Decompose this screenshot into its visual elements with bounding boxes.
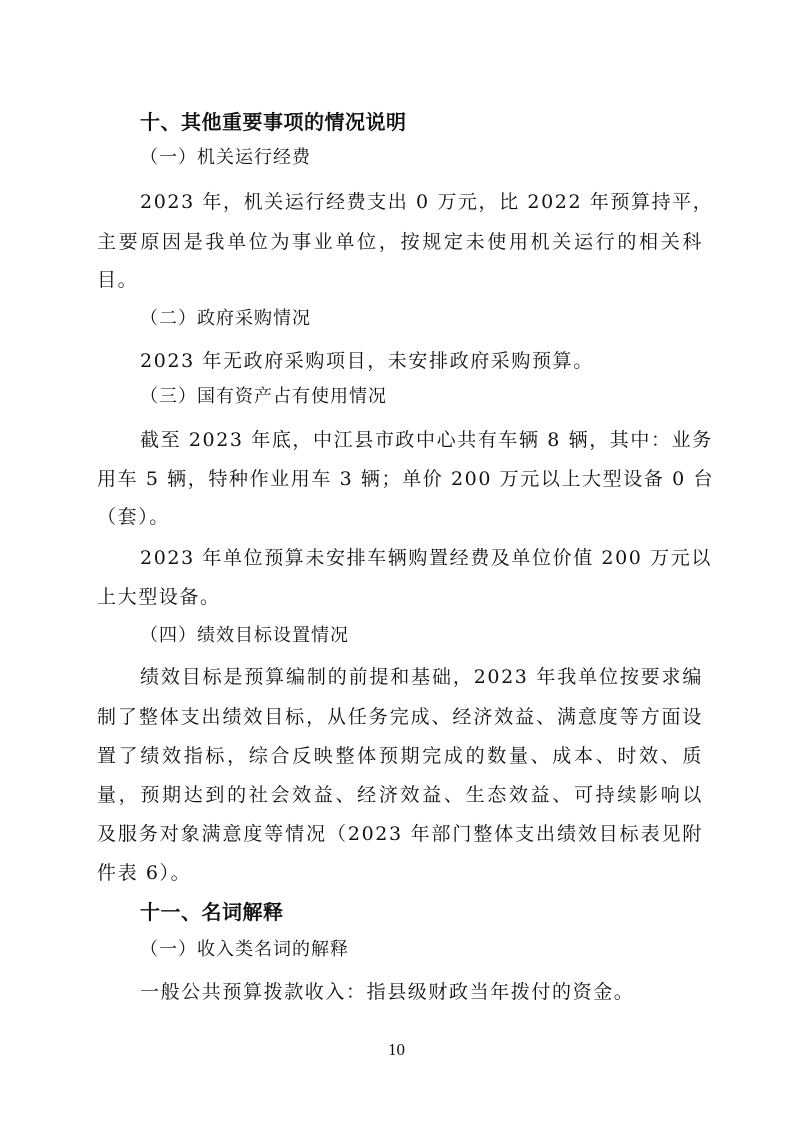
paragraph-line: 截至 2023 年底，中江县市政中心共有车辆 8 辆，其中：业务 (140, 428, 703, 452)
paragraph-line: 置了绩效指标，综合反映整体预期完成的数量、成本、时效、质 (97, 744, 703, 768)
section-heading-10: 十、其他重要事项的情况说明 (140, 110, 703, 134)
subsection-heading-2: （二）政府采购情况 (140, 307, 703, 331)
paragraph-line: 2023 年，机关运行经费支出 0 万元，比 2022 年预算持平， (140, 190, 703, 214)
subsection-heading-3: （三）国有资产占有使用情况 (140, 385, 703, 409)
paragraph-line: （套）。 (97, 505, 703, 529)
paragraph-line: 量，预期达到的社会效益、经济效益、生态效益、可持续影响以 (97, 783, 703, 807)
paragraph-line: 件表 6）。 (97, 861, 703, 885)
paragraph-line: 制了整体支出绩效目标，从任务完成、经济效益、满意度等方面设 (97, 705, 703, 729)
paragraph-line: 上大型设备。 (97, 585, 703, 609)
subsection-heading-11-1: （一）收入类名词的解释 (140, 938, 703, 962)
paragraph-line: 主要原因是我单位为事业单位，按规定未使用机关运行的相关科 (97, 230, 703, 254)
paragraph-line: 一般公共预算拨款收入：指县级财政当年拨付的资金。 (140, 980, 703, 1004)
subsection-heading-4: （四）绩效目标设置情况 (140, 624, 703, 648)
paragraph-line: 用车 5 辆，特种作业用车 3 辆；单价 200 万元以上大型设备 0 台 (97, 467, 703, 491)
paragraph-line: 目。 (97, 268, 703, 292)
paragraph-line: 绩效目标是预算编制的前提和基础，2023 年我单位按要求编 (140, 665, 703, 689)
subsection-heading-1: （一）机关运行经费 (140, 146, 703, 170)
page-number: 10 (0, 1040, 793, 1060)
paragraph-line: 2023 年无政府采购项目，未安排政府采购预算。 (140, 349, 703, 373)
section-heading-11: 十一、名词解释 (140, 900, 703, 924)
paragraph-line: 2023 年单位预算未安排车辆购置经费及单位价值 200 万元以 (140, 546, 703, 570)
document-page: 十、其他重要事项的情况说明 （一）机关运行经费 2023 年，机关运行经费支出 … (0, 0, 793, 1122)
paragraph-line: 及服务对象满意度等情况（2023 年部门整体支出绩效目标表见附 (97, 822, 703, 846)
